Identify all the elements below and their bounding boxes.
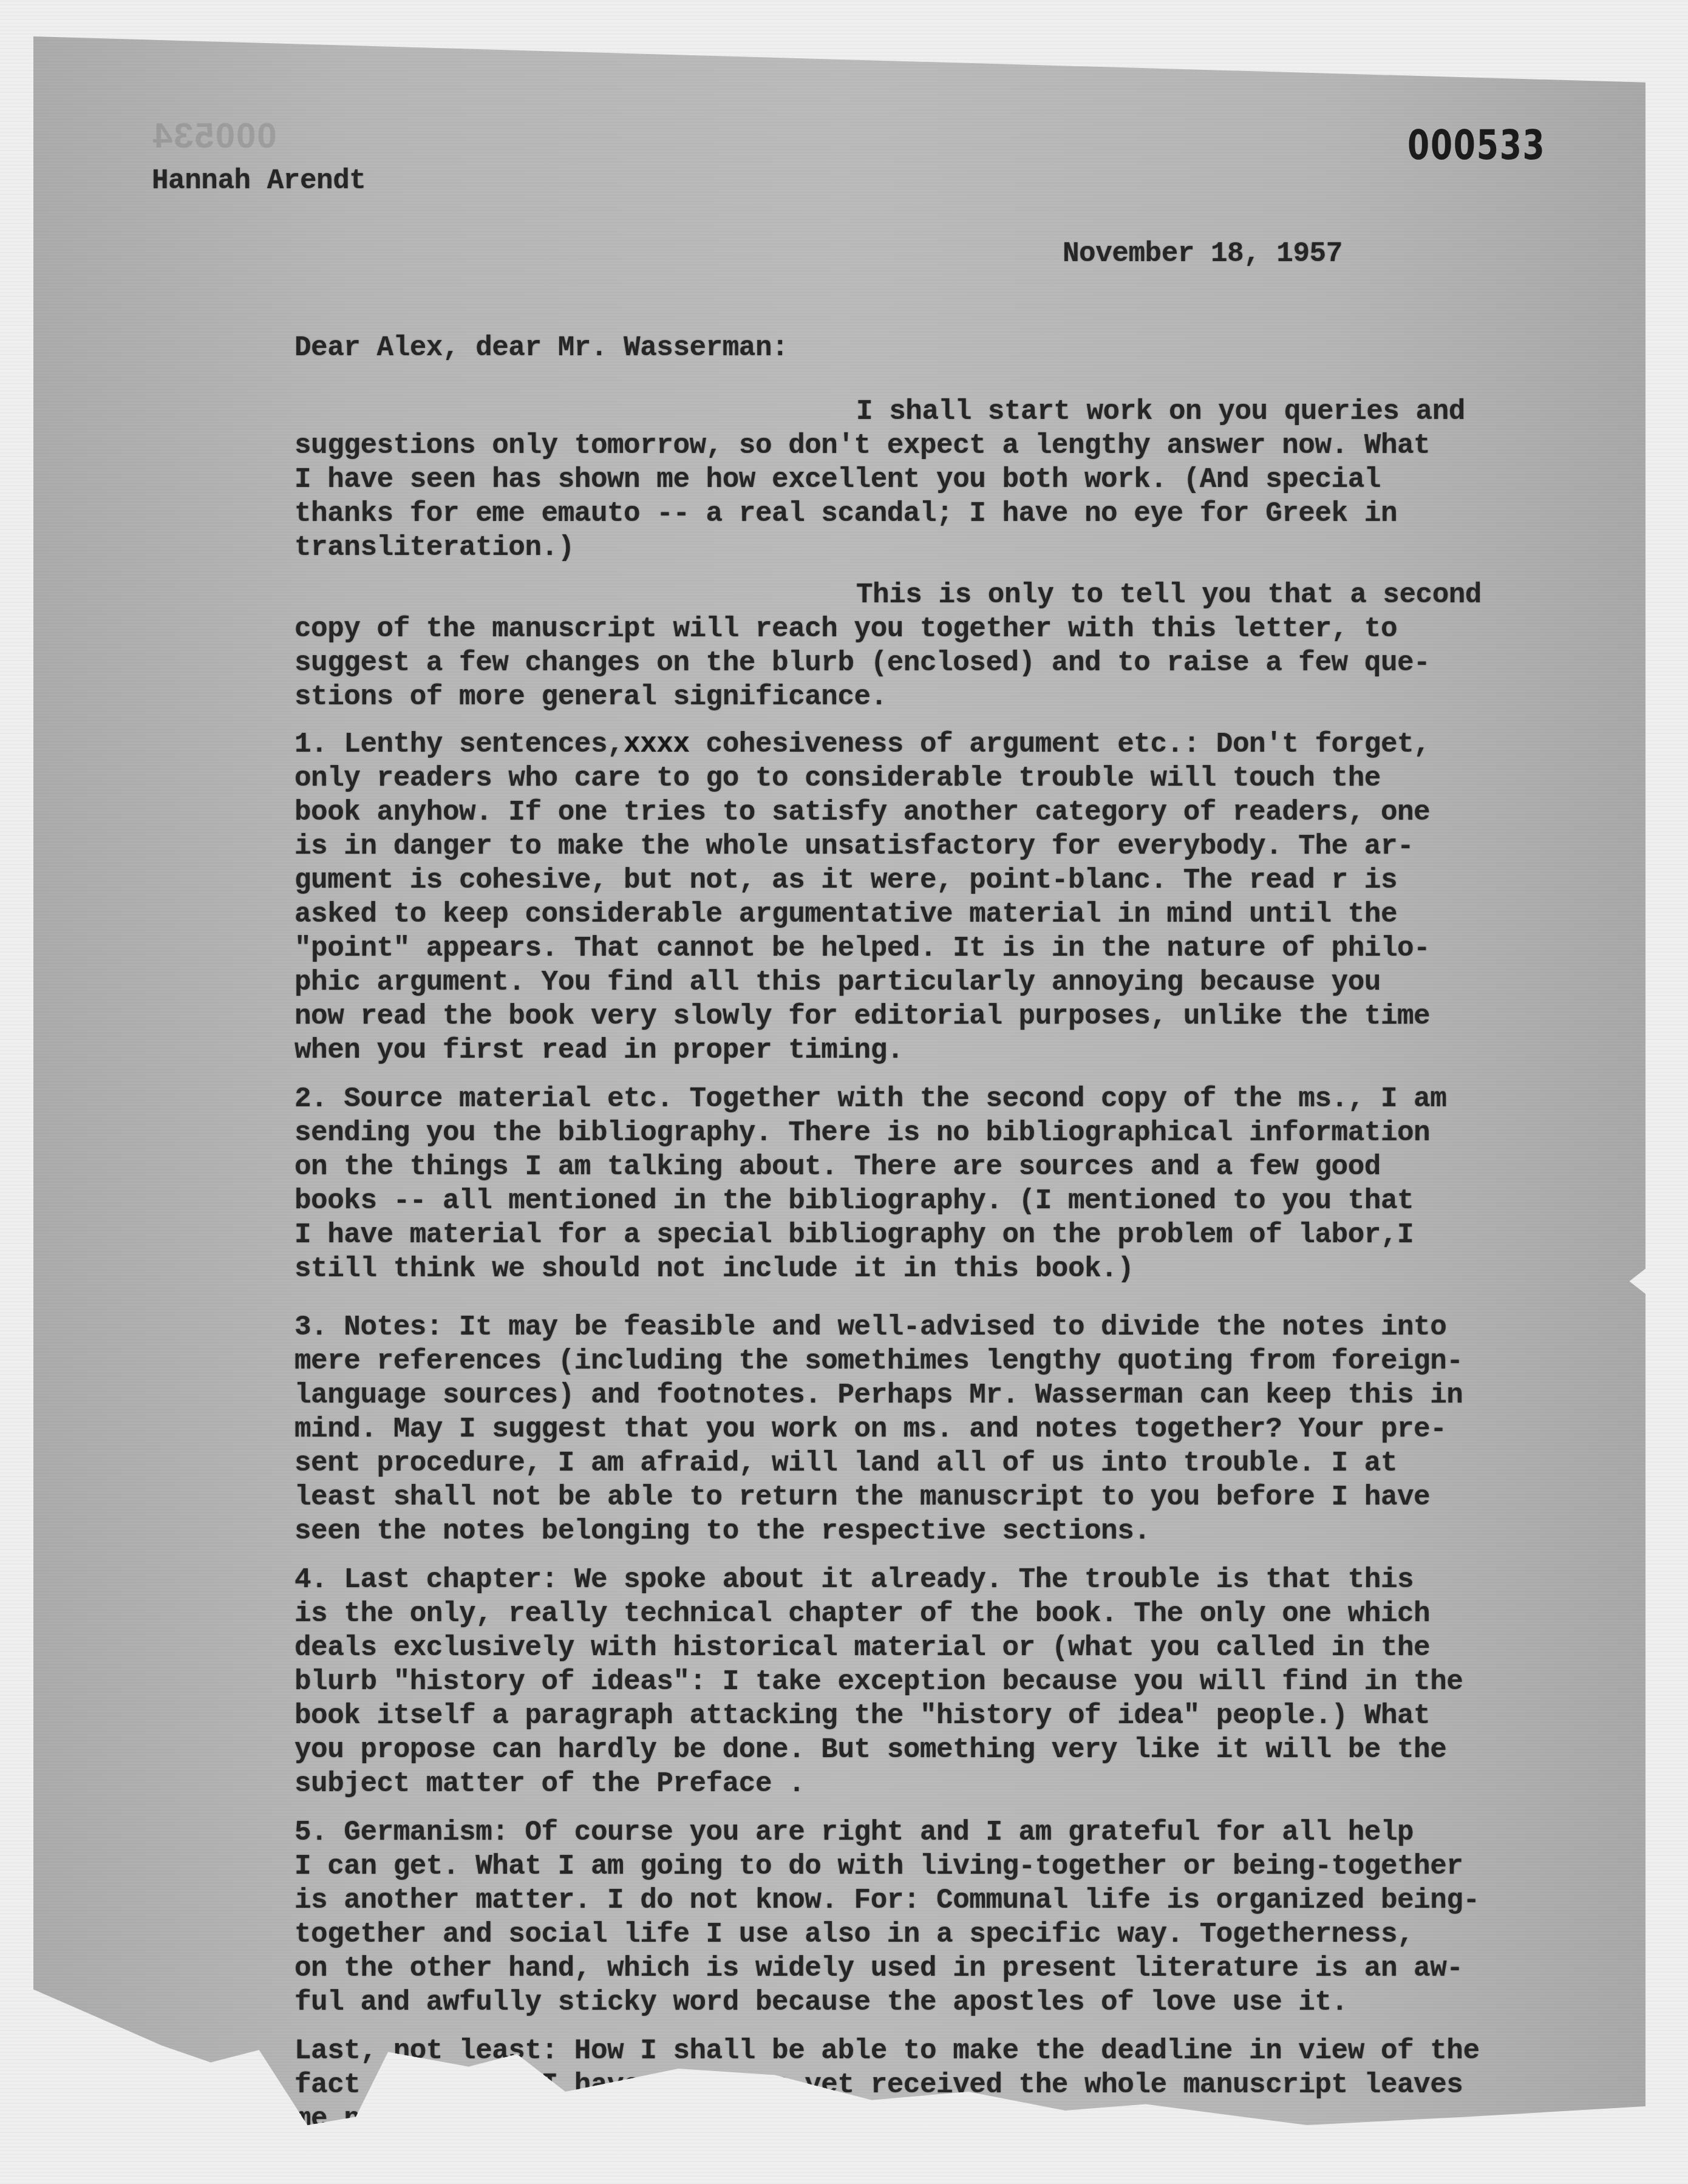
line: together and social life I use also in a… xyxy=(294,1919,1414,1950)
paragraph-purpose: This is only to tell you that a second c… xyxy=(294,578,1636,714)
line: transliteration.) xyxy=(294,532,574,563)
letter-date: November 18, 1957 xyxy=(1063,237,1343,271)
line: copy of the manuscript will reach you to… xyxy=(294,613,1397,645)
point-3-notes: 3. Notes: It may be feasible and well-ad… xyxy=(294,1310,1636,1548)
line: when you first read in proper timing. xyxy=(294,1035,904,1066)
line: book anyhow. If one tries to satisfy ano… xyxy=(294,797,1430,828)
line: on the things I am talking about. There … xyxy=(294,1151,1381,1183)
letter-sheet: 000534 000533 Hannah Arendt November 18,… xyxy=(33,36,1645,2125)
line: is the only, really technical chapter of… xyxy=(294,1598,1430,1630)
line: suggest a few changes on the blurb (encl… xyxy=(294,647,1430,679)
line: asked to keep considerable argumentative… xyxy=(294,899,1397,930)
line: you propose can hardly be done. But some… xyxy=(294,1734,1446,1766)
line: stions of more general significance. xyxy=(294,681,887,713)
paragraph-intro: I shall start work on you queries and su… xyxy=(294,395,1636,565)
line: mere references (including the somethime… xyxy=(294,1345,1463,1377)
line: gument is cohesive, but not, as it were,… xyxy=(294,865,1397,896)
salutation: Dear Alex, dear Mr. Wasserman: xyxy=(294,331,788,365)
line: I shall start work on you queries and xyxy=(856,396,1465,427)
point-5-germanism: 5. Germanism: Of course you are right an… xyxy=(294,1815,1636,2019)
line: sending you the bibliography. There is n… xyxy=(294,1117,1430,1149)
line: on the other hand, which is widely used … xyxy=(294,1953,1463,1984)
line: blurb "history of ideas": I take excepti… xyxy=(294,1666,1463,1698)
line: 2. Source material etc. Together with th… xyxy=(294,1083,1446,1115)
line: "point" appears. That cannot be helped. … xyxy=(294,933,1430,964)
line: subject matter of the Preface . xyxy=(294,1768,805,1800)
point-4-last-chapter: 4. Last chapter: We spoke about it alrea… xyxy=(294,1563,1636,1801)
line: I have seen has shown me how excellent y… xyxy=(294,464,1381,495)
line: suggestions only tomorrow, so don't expe… xyxy=(294,430,1430,461)
line: mind. May I suggest that you work on ms.… xyxy=(294,1413,1446,1445)
line: phic argument. You find all this particu… xyxy=(294,967,1381,998)
line: only readers who care to go to considera… xyxy=(294,763,1381,794)
line: I can get. What I am going to do with li… xyxy=(294,1851,1463,1882)
sender-name: Hannah Arendt xyxy=(152,164,366,198)
struck-out-text: xxxx xyxy=(624,729,689,760)
line: Last, not least: How I shall be able to … xyxy=(294,2035,1480,2067)
point-1-lengthy-sentences: 1. Lenthy sentences,xxxx cohesiveness of… xyxy=(294,727,1636,1067)
letter-body: I shall start work on you queries and su… xyxy=(294,395,1636,2149)
line: is in danger to make the whole unsatisfa… xyxy=(294,831,1414,862)
line: ful and awfully sticky word because the … xyxy=(294,1987,1348,2018)
line: 5. Germanism: Of course you are right an… xyxy=(294,1817,1414,1848)
line: least shall not be able to return the ma… xyxy=(294,1482,1430,1513)
line: sent procedure, I am afraid, will land a… xyxy=(294,1447,1397,1479)
point-2-source-material: 2. Source material etc. Together with th… xyxy=(294,1082,1636,1286)
line: seen the notes belonging to the respecti… xyxy=(294,1516,1150,1547)
line: This is only to tell you that a second xyxy=(856,579,1482,611)
line: 4. Last chapter: We spoke about it alrea… xyxy=(294,1564,1414,1596)
ghost-document-number: 000534 xyxy=(152,115,277,156)
line: book itself a paragraph attacking the "h… xyxy=(294,1700,1430,1732)
line: I have material for a special bibliograp… xyxy=(294,1219,1414,1251)
line: 1. Lenthy sentences, xyxy=(294,729,624,760)
line: cohesiveness of argument etc.: Don't for… xyxy=(690,729,1431,760)
line: 3. Notes: It may be feasible and well-ad… xyxy=(294,1311,1446,1343)
line: deals exclusively with historical materi… xyxy=(294,1632,1430,1664)
line: thanks for eme emauto -- a real scandal;… xyxy=(294,498,1397,529)
line: still think we should not include it in … xyxy=(294,1253,1134,1285)
line: now read the book very slowly for editor… xyxy=(294,1001,1430,1032)
line: language sources) and footnotes. Perhaps… xyxy=(294,1379,1463,1411)
document-number: 000533 xyxy=(1407,121,1545,169)
line: is another matter. I do not know. For: C… xyxy=(294,1885,1480,1916)
line: books -- all mentioned in the bibliograp… xyxy=(294,1185,1414,1217)
